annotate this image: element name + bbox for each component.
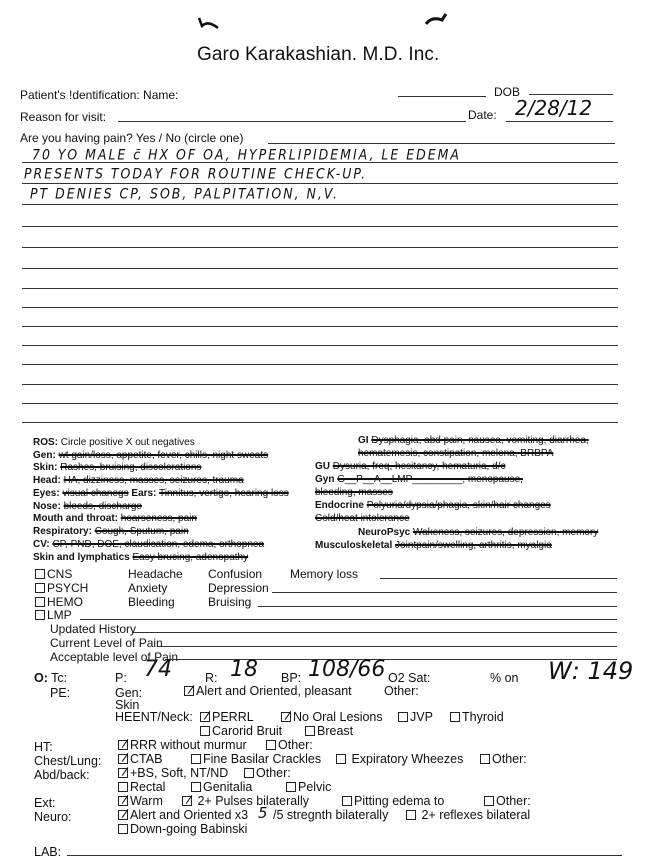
checkbox[interactable] bbox=[118, 782, 128, 792]
weight-value: W: 149 bbox=[548, 657, 633, 685]
abd-genitalia[interactable]: Genitalia bbox=[191, 780, 252, 794]
ros-row-label: NeuroPsyc bbox=[358, 527, 410, 538]
checkbox-label: Down-going Babinski bbox=[130, 822, 247, 836]
checkbox[interactable] bbox=[336, 754, 346, 764]
patient-id-label: Patient's !dentification: Name: bbox=[20, 88, 178, 102]
system-row-psych: PSYCH bbox=[35, 581, 88, 595]
ros-row: NeuroPsyc Wakeness, seizures, depression… bbox=[358, 527, 598, 538]
pain-question: Are you having pain? Yes / No (circle on… bbox=[20, 131, 243, 145]
pain-answer-field[interactable] bbox=[268, 143, 615, 144]
checkbox[interactable] bbox=[266, 740, 276, 750]
checkbox[interactable] bbox=[281, 712, 291, 722]
ros-row-label: Head: bbox=[33, 475, 61, 486]
heent-jvp[interactable]: JVP bbox=[398, 710, 433, 724]
ros-row: Cold/heat intolerance bbox=[315, 513, 410, 524]
checkbox[interactable] bbox=[191, 754, 201, 764]
bp-value: 108/66 bbox=[308, 657, 385, 682]
checkbox-label: 2+ Pulses bilaterally bbox=[194, 794, 309, 808]
checkbox-label: Other: bbox=[492, 752, 527, 766]
checkbox[interactable] bbox=[118, 740, 128, 750]
ros-row: Nose: bleeds, discharge bbox=[33, 501, 142, 512]
chest-expiratory-wheezes[interactable]: Expiratory Wheezes bbox=[336, 752, 463, 766]
resp-value: 18 bbox=[230, 657, 258, 682]
lab-label: LAB: bbox=[34, 845, 61, 859]
ruled-line bbox=[22, 288, 618, 289]
ruled-line bbox=[22, 307, 618, 308]
ruled-line bbox=[22, 422, 618, 423]
checkbox[interactable] bbox=[35, 597, 45, 607]
ros-row-text[interactable]: G__P__A__LMP_________, menopause, bbox=[337, 474, 523, 485]
neuro-babinski[interactable]: Down-going Babinski bbox=[118, 822, 247, 836]
checkbox[interactable] bbox=[118, 824, 128, 834]
symptom-item[interactable]: Anxiety bbox=[128, 581, 167, 595]
updated-history-field[interactable] bbox=[132, 632, 617, 633]
checkbox-label: Thyroid bbox=[462, 710, 504, 724]
checkbox[interactable] bbox=[200, 726, 210, 736]
dob-field[interactable] bbox=[529, 94, 613, 95]
ros-row-text[interactable]: visual chanegs bbox=[62, 488, 128, 499]
ros-row-text[interactable]: hoarseness, pain bbox=[121, 513, 197, 524]
checkbox[interactable] bbox=[184, 686, 194, 696]
ros-row: Head: HA, dizziness, masses, seizures, t… bbox=[33, 475, 244, 486]
ext-pitting-edema[interactable]: Pitting edema to bbox=[342, 794, 444, 808]
checkbox[interactable] bbox=[406, 810, 416, 820]
ros-row: Gyn G__P__A__LMP_________, menopause, bbox=[315, 474, 523, 485]
checkbox[interactable] bbox=[244, 768, 254, 778]
abd-bs-soft[interactable]: +BS, Soft, NT/ND bbox=[118, 766, 228, 780]
checkbox[interactable] bbox=[200, 712, 210, 722]
strength-label: /5 stregnth bilaterally bbox=[273, 808, 388, 822]
ros-row-label: Endocrine bbox=[315, 500, 364, 511]
ruled-line bbox=[22, 326, 618, 327]
system-label: LMP bbox=[47, 608, 72, 622]
ros-row: bleeding, masses bbox=[315, 487, 393, 498]
ros-instructions: Circle positive X out negatives bbox=[61, 437, 195, 448]
neuro-alert-oriented[interactable]: Alert and Oriented x3 bbox=[118, 808, 248, 822]
ros-row-text[interactable]: hematemesis, constipation, melena, BRBPA bbox=[358, 448, 553, 459]
ht-other[interactable]: Other: bbox=[266, 738, 313, 752]
checkbox-label: Other: bbox=[278, 738, 313, 752]
ros-row: Mouth and throat: hoarseness, pain bbox=[33, 513, 197, 524]
checkbox-label: PERRL bbox=[212, 710, 254, 724]
ht-rrr[interactable]: RRR without murmur bbox=[118, 738, 247, 752]
ros-row-text[interactable]: Cough, Sputum, pain bbox=[95, 526, 189, 537]
symptom-item[interactable]: Memory loss bbox=[290, 567, 358, 581]
ros-row-text[interactable]: Polyuria/dypsia/phagia, skin/hair change… bbox=[367, 500, 551, 511]
ros-row-text[interactable]: CP, PND, DOE, claudication, edema, ortho… bbox=[52, 539, 264, 550]
pe-label: PE: bbox=[50, 686, 70, 700]
o2-sat-label: O2 Sat: bbox=[388, 671, 430, 685]
current-pain-label: Current Level of Pain bbox=[50, 636, 163, 650]
checkbox-label: Genitalia bbox=[203, 780, 252, 794]
ros-row-text[interactable]: Dysuria, freq, hesitancy, hematuria, d/c bbox=[333, 461, 506, 472]
abd-rectal[interactable]: Rectal bbox=[118, 780, 165, 794]
ext-other[interactable]: Other: bbox=[484, 794, 531, 808]
checkbox-label: Other: bbox=[256, 766, 291, 780]
symptom-notes-field[interactable] bbox=[380, 578, 617, 579]
abd-pelvic[interactable]: Pelvic bbox=[286, 780, 331, 794]
date-field[interactable] bbox=[506, 121, 613, 122]
pulse-label: P: bbox=[115, 671, 127, 685]
ros-row-text[interactable]: wt gain/loss, appetite, fever, chills, n… bbox=[59, 450, 269, 461]
ruled-line bbox=[22, 204, 618, 205]
date-label: Date: bbox=[468, 108, 497, 122]
ros-row-text[interactable]: Dysphagia, abd pain, nausea, vomiting, d… bbox=[371, 435, 588, 446]
percent-on-label: % on bbox=[490, 671, 519, 685]
ros-row: GI Dysphagia, abd pain, nausea, vomiting… bbox=[358, 435, 589, 446]
heent-breast[interactable]: Breast bbox=[305, 724, 353, 738]
ros-row: Musculoskeletal Jointpain/swelling, arth… bbox=[315, 540, 552, 551]
ros-row: Skin: Rashes, bruising, discolorations bbox=[33, 462, 201, 473]
ht-label: HT: bbox=[34, 740, 53, 754]
note-line-1: 70 YO MALE c̄ HX OF OA, HYPERLIPIDEMIA, … bbox=[32, 146, 461, 163]
ext-pulses[interactable]: 2+ Pulses bilaterally bbox=[182, 794, 309, 808]
ruled-line bbox=[22, 364, 618, 365]
ruled-line bbox=[22, 247, 618, 248]
ros-row-text[interactable]: Rashes, bruising, discolorations bbox=[60, 462, 201, 473]
checkbox-label: +BS, Soft, NT/ND bbox=[130, 766, 228, 780]
symptom-item[interactable]: Depression bbox=[208, 581, 269, 595]
heent-carotid-bruit[interactable]: Carorid Bruit bbox=[200, 724, 282, 738]
checkbox-label: 2+ reflexes bilateral bbox=[418, 808, 530, 822]
checkbox[interactable] bbox=[286, 782, 296, 792]
neuro-label: Neuro: bbox=[34, 810, 72, 824]
ros-row-label: Mouth and throat: bbox=[33, 513, 118, 524]
symptom-notes-field[interactable] bbox=[258, 606, 617, 607]
checkbox[interactable] bbox=[342, 796, 352, 806]
current-pain-field[interactable] bbox=[158, 646, 617, 647]
system-row-hemo: HEMO bbox=[35, 595, 83, 609]
ros-row-label: Eyes: bbox=[33, 488, 60, 499]
ros-row-label: CV: bbox=[33, 539, 50, 550]
ros-row-label: Musculoskeletal bbox=[315, 540, 392, 551]
system-label: CNS bbox=[47, 567, 72, 581]
ros-row: Skin and lymphatics Easy brucing, adenop… bbox=[33, 552, 248, 563]
checkbox-label: Fine Basilar Crackles bbox=[203, 752, 321, 766]
ruled-line bbox=[22, 403, 618, 404]
checkbox[interactable] bbox=[118, 796, 128, 806]
checkbox-label: CTAB bbox=[130, 752, 162, 766]
reason-label: Reason for visit: bbox=[20, 110, 106, 124]
date-value: 2/28/12 bbox=[515, 96, 592, 120]
checkbox[interactable] bbox=[305, 726, 315, 736]
symptom-notes-field[interactable] bbox=[80, 619, 617, 620]
ros-row-label: Gen: bbox=[33, 450, 56, 461]
checkbox[interactable] bbox=[191, 782, 201, 792]
ros-row-text[interactable]: Wakeness, seizures, depression, memory bbox=[413, 527, 598, 538]
note-line-3: PT DENIES CP, SOB, PALPITATION, N,V. bbox=[30, 185, 339, 202]
checkbox[interactable] bbox=[480, 754, 490, 764]
checkbox-label: Alert and Oriented x3 bbox=[130, 808, 248, 822]
chest-lung-label: Chest/Lung: bbox=[34, 754, 101, 768]
ros-row: Respiratory: Cough, Sputum, pain bbox=[33, 526, 189, 537]
checkbox-label: Alert and Oriented, pleasant bbox=[196, 684, 352, 698]
checkbox-label: Pelvic bbox=[298, 780, 331, 794]
checkbox-label: Warm bbox=[130, 794, 163, 808]
ruled-line bbox=[22, 268, 618, 269]
ruled-line bbox=[22, 384, 618, 385]
ros-row-text[interactable]: Jointpain/swelling, arthritis, myalgia bbox=[395, 540, 552, 551]
symptom-notes-field[interactable] bbox=[272, 592, 617, 593]
checkbox[interactable] bbox=[450, 712, 460, 722]
stray-mark-right bbox=[424, 12, 454, 32]
chest-other[interactable]: Other: bbox=[480, 752, 527, 766]
heent-thyroid[interactable]: Thyroid bbox=[450, 710, 504, 724]
name-field[interactable] bbox=[398, 96, 486, 97]
ros-row-label: GU bbox=[315, 461, 330, 472]
bp-label: BP: bbox=[281, 671, 301, 685]
page-title: Garo Karakashian. M.D. Inc. bbox=[197, 44, 439, 66]
ext-warm[interactable]: Warm bbox=[118, 794, 163, 808]
gen-other-label: Other: bbox=[384, 684, 419, 698]
resp-label: R: bbox=[205, 671, 218, 685]
abd-other[interactable]: Other: bbox=[244, 766, 291, 780]
lab-field[interactable] bbox=[67, 855, 622, 856]
abd-back-label: Abd/back: bbox=[34, 768, 90, 782]
ros-row: Endocrine Polyuria/dypsia/phagia, skin/h… bbox=[315, 500, 551, 511]
heent-perrl[interactable]: PERRL bbox=[200, 710, 254, 724]
checkbox[interactable] bbox=[35, 569, 45, 579]
checkbox[interactable] bbox=[118, 754, 128, 764]
ros-row-text[interactable]: Tinnitus, vertigo, hearing loss bbox=[159, 488, 289, 499]
pulse-value: 74 bbox=[144, 657, 172, 682]
checkbox-label: Carorid Bruit bbox=[212, 724, 282, 738]
system-row-cns: CNS bbox=[35, 567, 72, 581]
heent-no-oral-lesions[interactable]: No Oral Lesions bbox=[281, 710, 383, 724]
ros-row-text[interactable]: HA, dizziness, masses, seizures, trauma bbox=[64, 475, 244, 486]
system-label: PSYCH bbox=[47, 581, 88, 595]
checkbox-label: RRR without murmur bbox=[130, 738, 247, 752]
ros-label: ROS: bbox=[33, 437, 58, 448]
checkbox[interactable] bbox=[118, 768, 128, 778]
ros-row: hematemesis, constipation, melena, BRBPA bbox=[358, 448, 553, 459]
neuro-reflexes[interactable]: 2+ reflexes bilateral bbox=[406, 808, 530, 822]
checkbox[interactable] bbox=[35, 583, 45, 593]
strength-value[interactable]: 5 bbox=[258, 804, 268, 822]
tc-label: Tc: bbox=[51, 671, 67, 685]
heent-label: HEENT/Neck: bbox=[115, 710, 193, 724]
ros-row-text[interactable]: bleeding, masses bbox=[315, 487, 393, 498]
checkbox[interactable] bbox=[35, 610, 45, 620]
checkbox[interactable] bbox=[484, 796, 494, 806]
checkbox[interactable] bbox=[118, 810, 128, 820]
checkbox-label: Other: bbox=[496, 794, 531, 808]
checkbox-label: Rectal bbox=[130, 780, 165, 794]
ros-row-text[interactable]: Easy brucing, adenopathy bbox=[132, 552, 248, 563]
ros-row-label: Skin and lymphatics bbox=[33, 552, 130, 563]
ros-row-label: Skin: bbox=[33, 462, 57, 473]
o-label: O: bbox=[34, 671, 48, 685]
system-label: HEMO bbox=[47, 595, 83, 609]
ros-row: Eyes: visual chanegs Ears: Tinnitus, ver… bbox=[33, 488, 289, 499]
updated-history-label: Updated History bbox=[50, 622, 136, 636]
ruled-line bbox=[22, 226, 618, 227]
ros-row-label: Gyn bbox=[315, 474, 334, 485]
chest-ctab[interactable]: CTAB bbox=[118, 752, 162, 766]
symptom-item[interactable]: Bruising bbox=[208, 595, 251, 609]
checkbox-label: JVP bbox=[410, 710, 433, 724]
checkbox-label: Expiratory Wheezes bbox=[348, 752, 463, 766]
ros-row-label: GI bbox=[358, 435, 369, 446]
ros-row-label: Ears: bbox=[131, 488, 156, 499]
ros-row-label: Nose: bbox=[33, 501, 61, 512]
ros-header: ROS: Circle positive X out negatives bbox=[33, 437, 195, 448]
ros-row-text[interactable]: bleeds, discharge bbox=[64, 501, 142, 512]
checkbox-label: No Oral Lesions bbox=[293, 710, 383, 724]
symptom-item[interactable]: Bleeding bbox=[128, 595, 175, 609]
gen-alert-oriented[interactable]: Alert and Oriented, pleasant bbox=[184, 684, 352, 698]
stray-mark-left bbox=[196, 16, 226, 36]
ros-row-text[interactable]: Cold/heat intolerance bbox=[315, 513, 410, 524]
ruled-line bbox=[22, 345, 618, 346]
checkbox-label: Pitting edema to bbox=[354, 794, 444, 808]
ros-row: Gen: wt gain/loss, appetite, fever, chil… bbox=[33, 450, 268, 461]
symptom-item[interactable]: Headache bbox=[128, 567, 183, 581]
chest-fine-crackles[interactable]: Fine Basilar Crackles bbox=[191, 752, 321, 766]
ros-row-label: Respiratory: bbox=[33, 526, 92, 537]
symptom-item[interactable]: Confusion bbox=[208, 567, 262, 581]
checkbox[interactable] bbox=[398, 712, 408, 722]
checkbox-label: Breast bbox=[317, 724, 353, 738]
note-line-2: PRESENTS TODAY FOR ROUTINE CHECK-UP. bbox=[24, 165, 367, 182]
ros-row: GU Dysuria, freq, hesitancy, hematuria, … bbox=[315, 461, 505, 472]
ros-row: CV: CP, PND, DOE, claudication, edema, o… bbox=[33, 539, 264, 550]
reason-field[interactable] bbox=[118, 121, 466, 122]
ext-label: Ext: bbox=[34, 796, 56, 810]
system-row-lmp: LMP bbox=[35, 608, 72, 622]
ruled-line bbox=[22, 183, 618, 184]
checkbox[interactable] bbox=[182, 796, 192, 806]
